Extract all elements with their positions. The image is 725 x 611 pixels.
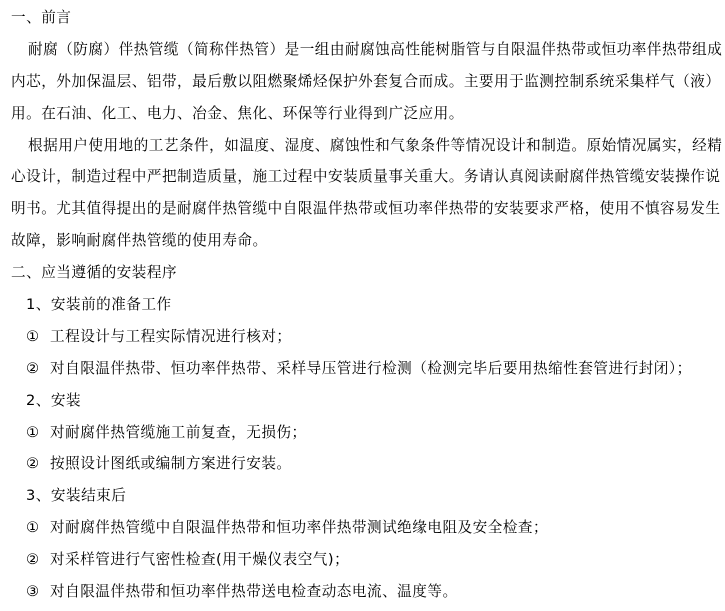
list-item-text: 工程设计与工程实际情况进行核对； [50,328,292,345]
list-item-text: 按照设计图纸或编制方案进行安装。 [50,455,292,472]
circled-number-marker: ① [26,417,50,449]
paragraph-line: 故障，影响耐腐伴热管缆的使用寿命。 [0,225,725,257]
list-item: ③对自限温伴热带和恒功率伴热带送电检查动态电流、温度等。 [0,576,725,608]
subsection-installation: 2、安装 ①对耐腐伴热管缆施工前复查，无损伤； ②按照设计图纸或编制方案进行安装… [0,385,725,481]
list-item: ②按照设计图纸或编制方案进行安装。 [0,448,725,480]
section-heading-installation-procedure: 二、应当遵循的安装程序 [0,257,725,289]
list-item: ②对采样管进行气密性检查(用干燥仪表空气)； [0,544,725,576]
list-item: ①对耐腐伴热管缆施工前复查，无损伤； [0,417,725,449]
circled-number-marker: ① [26,321,50,353]
preface-paragraph-1: 耐腐（防腐）伴热管缆（简称伴热管）是一组由耐腐蚀高性能树脂管与自限温伴热带或恒功… [0,34,725,130]
list-item-text: 对采样管进行气密性检查(用干燥仪表空气)； [50,551,349,568]
list-item-text: 对自限温伴热带、恒功率伴热带、采样导压管进行检测（检测完毕后要用热缩性套管进行封… [50,360,692,377]
list-item: ②对自限温伴热带、恒功率伴热带、采样导压管进行检测（检测完毕后要用热缩性套管进行… [0,353,725,385]
paragraph-line: 心设计，制造过程中严把制造质量，施工过程中安装质量事关重大。务请认真阅读耐腐伴热… [0,161,725,193]
document-body: 一、前言 耐腐（防腐）伴热管缆（简称伴热管）是一组由耐腐蚀高性能树脂管与自限温伴… [0,2,725,608]
subsection-after-installation: 3、安装结束后 ①对耐腐伴热管缆中自限温伴热带和恒功率伴热带测试绝缘电阻及安全检… [0,480,725,608]
circled-number-marker: ② [26,353,50,385]
subsection-heading: 1、安装前的准备工作 [0,289,725,321]
list-item: ①对耐腐伴热管缆中自限温伴热带和恒功率伴热带测试绝缘电阻及安全检查； [0,512,725,544]
circled-number-marker: ② [26,544,50,576]
paragraph-line: 耐腐（防腐）伴热管缆（简称伴热管）是一组由耐腐蚀高性能树脂管与自限温伴热带或恒功… [0,34,725,66]
paragraph-line: 根据用户使用地的工艺条件，如温度、湿度、腐蚀性和气象条件等情况设计和制造。原始情… [0,130,725,162]
subsection-heading: 2、安装 [0,385,725,417]
circled-number-marker: ③ [26,576,50,608]
subsection-preparation: 1、安装前的准备工作 ①工程设计与工程实际情况进行核对； ②对自限温伴热带、恒功… [0,289,725,385]
section-heading-preface: 一、前言 [0,2,725,34]
subsection-heading: 3、安装结束后 [0,480,725,512]
list-item-text: 对耐腐伴热管缆施工前复查，无损伤； [50,424,307,441]
paragraph-line: 用。在石油、化工、电力、冶金、焦化、环保等行业得到广泛应用。 [0,98,725,130]
paragraph-line: 内芯，外加保温层、铝带，最后敷以阻燃聚烯烃保护外套复合而成。主要用于监测控制系统… [0,66,725,98]
list-item-text: 对自限温伴热带和恒功率伴热带送电检查动态电流、温度等。 [50,583,458,600]
circled-number-marker: ① [26,512,50,544]
paragraph-line: 明书。尤其值得提出的是耐腐伴热管缆中自限温伴热带或恒功率伴热带的安装要求严格，使… [0,193,725,225]
list-item-text: 对耐腐伴热管缆中自限温伴热带和恒功率伴热带测试绝缘电阻及安全检查； [50,519,548,536]
circled-number-marker: ② [26,448,50,480]
list-item: ①工程设计与工程实际情况进行核对； [0,321,725,353]
preface-paragraph-2: 根据用户使用地的工艺条件，如温度、湿度、腐蚀性和气象条件等情况设计和制造。原始情… [0,130,725,258]
